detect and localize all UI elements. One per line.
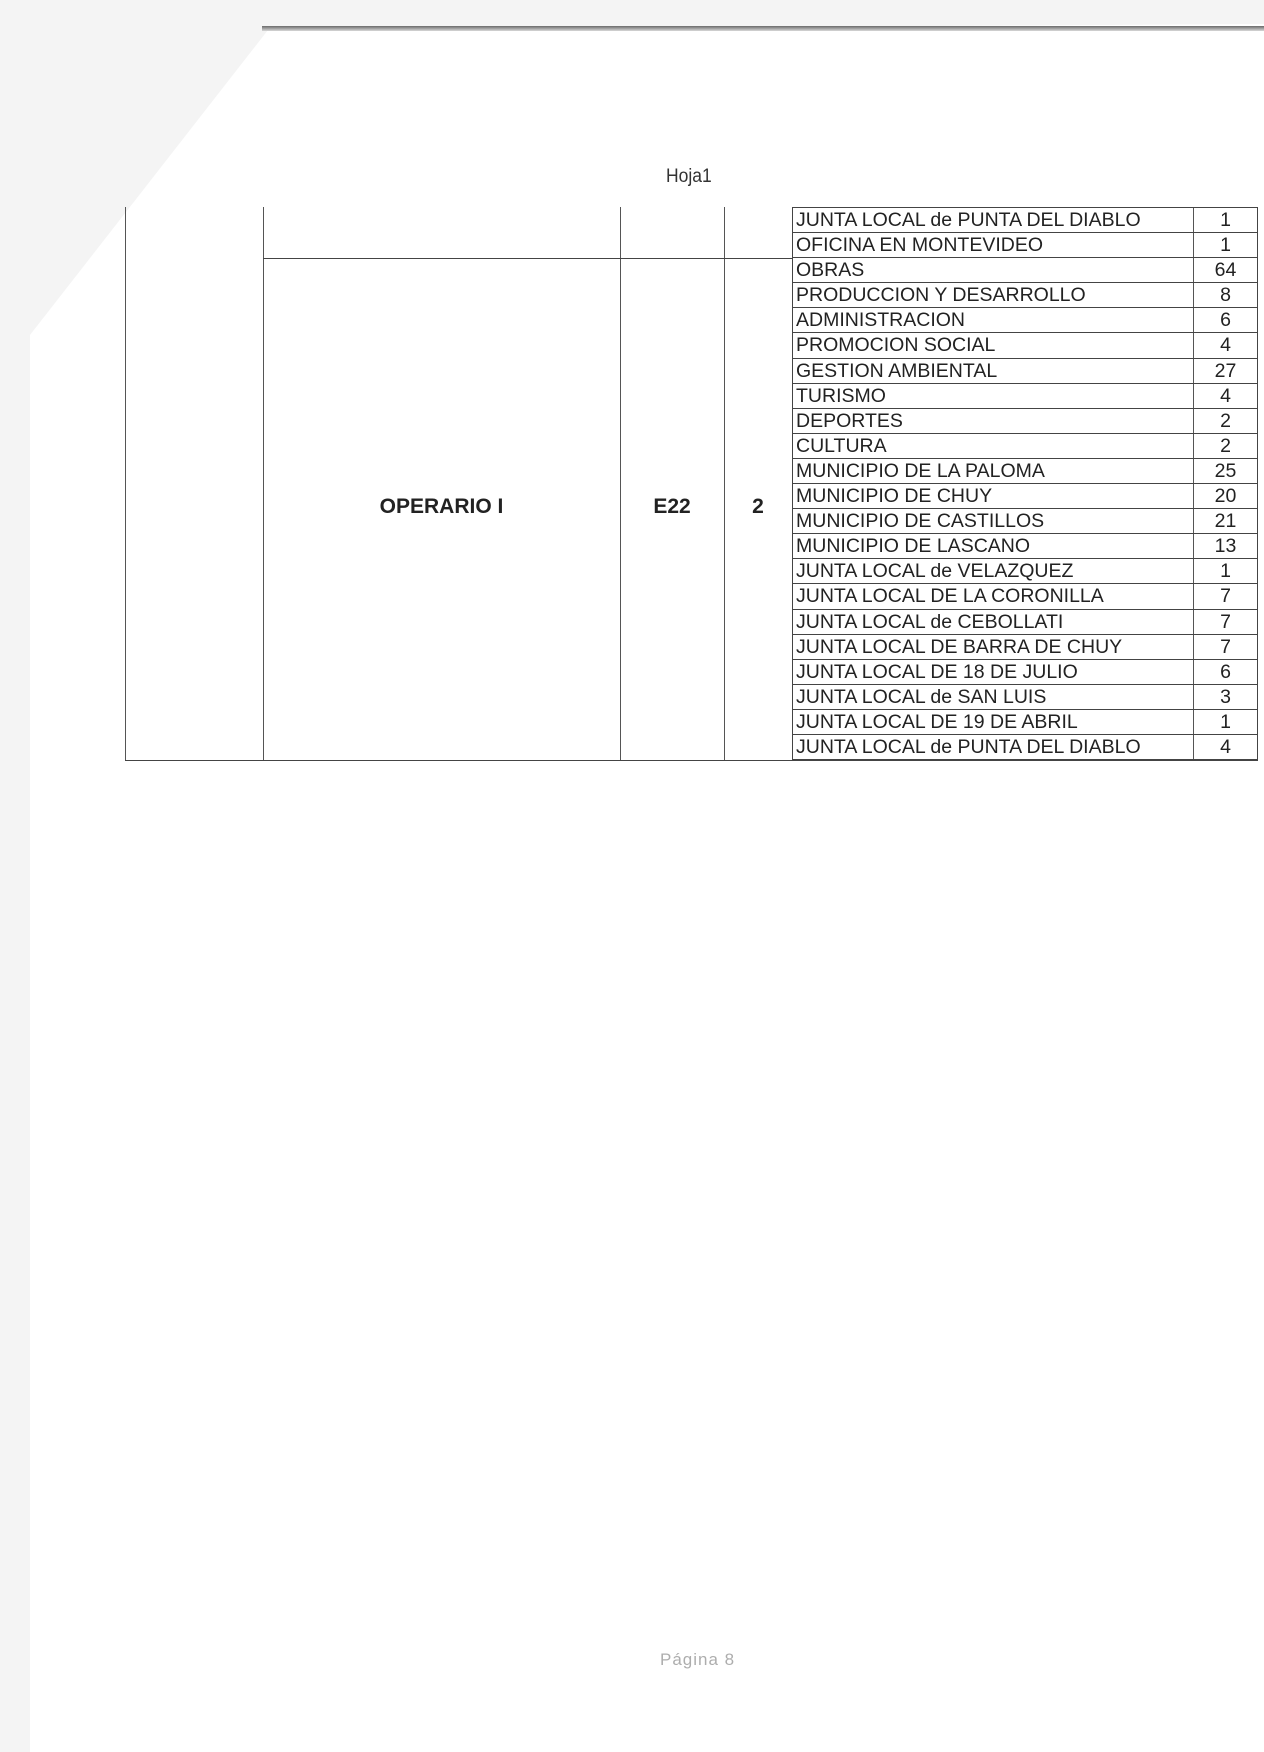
unit-name-cell: JUNTA LOCAL de VELAZQUEZ bbox=[793, 559, 1194, 583]
page-edge bbox=[262, 26, 1264, 31]
unit-name-cell: JUNTA LOCAL de PUNTA DEL DIABLO bbox=[793, 735, 1194, 759]
level-cell: 2 bbox=[724, 495, 792, 519]
unit-name-cell: MUNICIPIO DE LASCANO bbox=[793, 534, 1194, 558]
unit-count-cell: 1 bbox=[1194, 233, 1257, 257]
unit-name-cell: TURISMO bbox=[793, 384, 1194, 408]
table-row: MUNICIPIO DE LASCANO13 bbox=[792, 534, 1258, 559]
unit-name-cell: JUNTA LOCAL DE 18 DE JULIO bbox=[793, 660, 1194, 684]
unit-count-cell: 4 bbox=[1194, 333, 1257, 357]
unit-allocation-table: JUNTA LOCAL de PUNTA DEL DIABLO1OFICINA … bbox=[792, 207, 1258, 760]
unit-name-cell: JUNTA LOCAL de PUNTA DEL DIABLO bbox=[793, 208, 1194, 232]
unit-count-cell: 7 bbox=[1194, 635, 1257, 659]
unit-name-cell: OFICINA EN MONTEVIDEO bbox=[793, 233, 1194, 257]
unit-count-cell: 7 bbox=[1194, 610, 1257, 634]
table-row: JUNTA LOCAL de SAN LUIS3 bbox=[792, 685, 1258, 710]
unit-name-cell: CULTURA bbox=[793, 434, 1194, 458]
unit-count-cell: 4 bbox=[1194, 384, 1257, 408]
table-row: JUNTA LOCAL de CEBOLLATI7 bbox=[792, 610, 1258, 635]
table-row: JUNTA LOCAL de PUNTA DEL DIABLO4 bbox=[792, 735, 1258, 760]
unit-name-cell: JUNTA LOCAL DE 19 DE ABRIL bbox=[793, 710, 1194, 734]
page-footer: Página 8 bbox=[660, 1650, 735, 1670]
table-border-bottom bbox=[125, 760, 1258, 761]
unit-name-cell: DEPORTES bbox=[793, 409, 1194, 433]
table-row: MUNICIPIO DE CHUY20 bbox=[792, 484, 1258, 509]
unit-name-cell: OBRAS bbox=[793, 258, 1194, 282]
unit-count-cell: 1 bbox=[1194, 710, 1257, 734]
table-row: MUNICIPIO DE LA PALOMA25 bbox=[792, 459, 1258, 484]
unit-name-cell: JUNTA LOCAL DE LA CORONILLA bbox=[793, 584, 1194, 608]
table-row: JUNTA LOCAL DE 19 DE ABRIL1 bbox=[792, 710, 1258, 735]
table-row: JUNTA LOCAL DE LA CORONILLA7 bbox=[792, 584, 1258, 609]
grade-cell: E22 bbox=[620, 495, 724, 519]
unit-count-cell: 8 bbox=[1194, 283, 1257, 307]
unit-count-cell: 4 bbox=[1194, 735, 1257, 759]
unit-count-cell: 2 bbox=[1194, 434, 1257, 458]
table-row: JUNTA LOCAL DE BARRA DE CHUY7 bbox=[792, 635, 1258, 660]
unit-name-cell: JUNTA LOCAL de CEBOLLATI bbox=[793, 610, 1194, 634]
group-divider bbox=[263, 258, 793, 259]
column-divider bbox=[620, 207, 621, 761]
unit-name-cell: GESTION AMBIENTAL bbox=[793, 359, 1194, 383]
unit-count-cell: 6 bbox=[1194, 308, 1257, 332]
table-row: OBRAS64 bbox=[792, 258, 1258, 283]
unit-count-cell: 21 bbox=[1194, 509, 1257, 533]
unit-name-cell: ADMINISTRACION bbox=[793, 308, 1194, 332]
category-cell: OPERARIO I bbox=[263, 495, 620, 519]
table-row: PROMOCION SOCIAL4 bbox=[792, 333, 1258, 358]
table-row: JUNTA LOCAL de PUNTA DEL DIABLO1 bbox=[792, 208, 1258, 233]
unit-name-cell: PROMOCION SOCIAL bbox=[793, 333, 1194, 357]
sheet-title: Hoja1 bbox=[666, 166, 712, 188]
unit-name-cell: MUNICIPIO DE CHUY bbox=[793, 484, 1194, 508]
unit-count-cell: 25 bbox=[1194, 459, 1257, 483]
table-row: TURISMO4 bbox=[792, 384, 1258, 409]
table-row: CULTURA2 bbox=[792, 434, 1258, 459]
column-divider bbox=[263, 207, 264, 761]
table-row: JUNTA LOCAL de VELAZQUEZ1 bbox=[792, 559, 1258, 584]
table-row: ADMINISTRACION6 bbox=[792, 308, 1258, 333]
unit-name-cell: MUNICIPIO DE LA PALOMA bbox=[793, 459, 1194, 483]
table-row: PRODUCCION Y DESARROLLO8 bbox=[792, 283, 1258, 308]
table-row: GESTION AMBIENTAL27 bbox=[792, 359, 1258, 384]
unit-count-cell: 2 bbox=[1194, 409, 1257, 433]
unit-count-cell: 1 bbox=[1194, 208, 1257, 232]
unit-name-cell: PRODUCCION Y DESARROLLO bbox=[793, 283, 1194, 307]
unit-count-cell: 3 bbox=[1194, 685, 1257, 709]
unit-count-cell: 20 bbox=[1194, 484, 1257, 508]
table-row: OFICINA EN MONTEVIDEO1 bbox=[792, 233, 1258, 258]
unit-count-cell: 27 bbox=[1194, 359, 1257, 383]
column-divider bbox=[724, 207, 725, 761]
unit-count-cell: 1 bbox=[1194, 559, 1257, 583]
unit-name-cell: JUNTA LOCAL de SAN LUIS bbox=[793, 685, 1194, 709]
unit-name-cell: JUNTA LOCAL DE BARRA DE CHUY bbox=[793, 635, 1194, 659]
table-border-left bbox=[125, 207, 126, 761]
table-row: MUNICIPIO DE CASTILLOS21 bbox=[792, 509, 1258, 534]
unit-count-cell: 6 bbox=[1194, 660, 1257, 684]
table-row: JUNTA LOCAL DE 18 DE JULIO6 bbox=[792, 660, 1258, 685]
unit-count-cell: 13 bbox=[1194, 534, 1257, 558]
unit-count-cell: 7 bbox=[1194, 584, 1257, 608]
table-row: DEPORTES2 bbox=[792, 409, 1258, 434]
unit-count-cell: 64 bbox=[1194, 258, 1257, 282]
unit-name-cell: MUNICIPIO DE CASTILLOS bbox=[793, 509, 1194, 533]
